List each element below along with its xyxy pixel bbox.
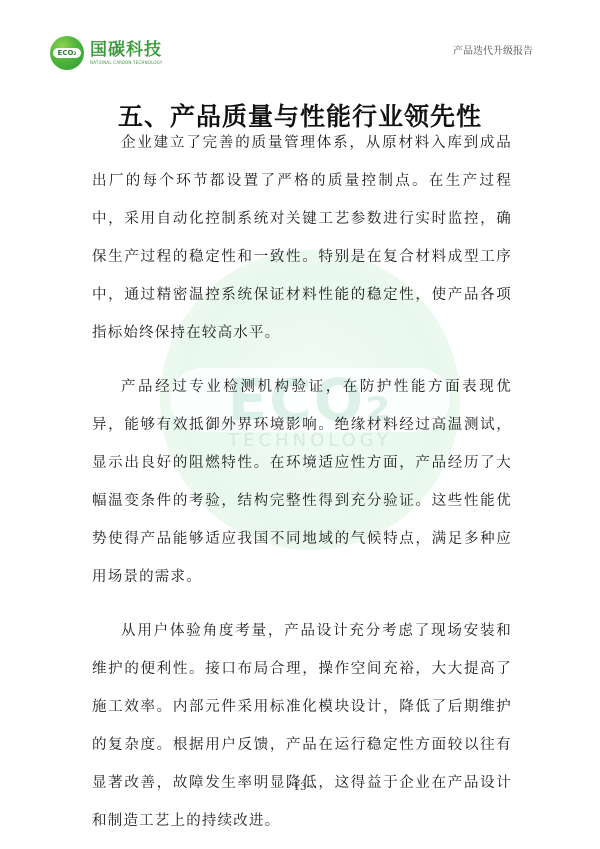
page-header: ECO₂ 国碳科技 NATIONAL CARBON TECHNOLOGY 产品迭…: [0, 0, 600, 80]
company-name-cn: 国碳科技: [90, 40, 163, 60]
logo-wordmark: 国碳科技 NATIONAL CARBON TECHNOLOGY: [90, 40, 163, 66]
page-number: - 13 -: [0, 782, 600, 793]
paragraph-performance: 产品经过专业检测机构验证，在防护性能方面表现优异，能够有效抵御外界环境影响。绝缘…: [92, 368, 512, 596]
section-body: 企业建立了完善的质量管理体系，从原材料入库到成品出厂的每个环节都设置了严格的质量…: [92, 124, 512, 849]
logo-mark-text: ECO₂: [58, 49, 77, 57]
company-name-en: NATIONAL CARBON TECHNOLOGY: [90, 60, 163, 66]
document-title: 产品迭代升级报告: [453, 42, 533, 57]
paragraph-quality-system: 企业建立了完善的质量管理体系，从原材料入库到成品出厂的每个环节都设置了严格的质量…: [92, 124, 512, 352]
company-logo: ECO₂ 国碳科技 NATIONAL CARBON TECHNOLOGY: [50, 36, 163, 70]
paragraph-user-experience: 从用户体验角度考量，产品设计充分考虑了现场安装和维护的便利性。接口布局合理，操作…: [92, 612, 512, 840]
eco-leaf-icon: ECO₂: [50, 36, 84, 70]
